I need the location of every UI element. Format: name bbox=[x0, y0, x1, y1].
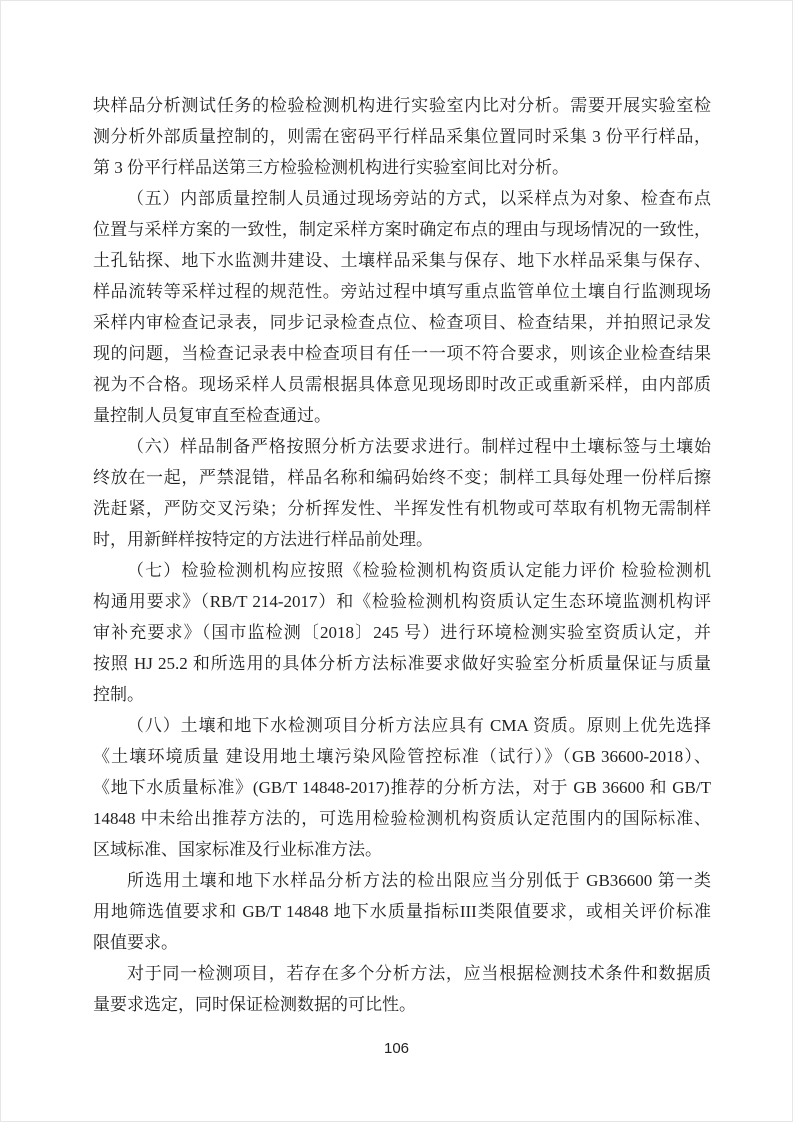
text-line: 所选用土壤和地下水样品分析方法的检出限应当分别低于 GB36600 第一类 bbox=[93, 865, 711, 896]
text-line: （五）内部质量控制人员通过现场旁站的方式，以采样点为对象、检查布点 bbox=[93, 183, 711, 214]
page-number: 106 bbox=[0, 1040, 793, 1057]
text-line: 现的问题，当检查记录表中检查项目有任一一项不符合要求，则该企业检查结果 bbox=[93, 338, 711, 369]
text-line: 对于同一检测项目，若存在多个分析方法，应当根据检测技术条件和数据质 bbox=[93, 958, 711, 989]
text-line: 用地筛选值要求和 GB/T 14848 地下水质量指标III类限值要求，或相关评… bbox=[93, 896, 711, 927]
text-line: 审补充要求》（国市监检测〔2018〕245 号）进行环境检测实验室资质认定，并 bbox=[93, 617, 711, 648]
text-line: 洗赶紧，严防交叉污染；分析挥发性、半挥发性有机物或可萃取有机物无需制样 bbox=[93, 493, 711, 524]
text-line: 控制。 bbox=[93, 679, 711, 710]
text-line: 块样品分析测试任务的检验检测机构进行实验室内比对分析。需要开展实验室检 bbox=[93, 90, 711, 121]
text-line: 14848 中未给出推荐方法的，可选用检验检测机构资质认定范围内的国际标准、 bbox=[93, 803, 711, 834]
text-line: 测分析外部质量控制的，则需在密码平行样品采集位置同时采集 3 份平行样品， bbox=[93, 121, 711, 152]
text-line: 量要求选定，同时保证检测数据的可比性。 bbox=[93, 989, 711, 1020]
text-line: 按照 HJ 25.2 和所选用的具体分析方法标准要求做好实验室分析质量保证与质量 bbox=[93, 648, 711, 679]
text-line: 构通用要求》（RB/T 214-2017）和《检验检测机构资质认定生态环境监测机… bbox=[93, 586, 711, 617]
text-line: 样品流转等采样过程的规范性。旁站过程中填写重点监管单位土壤自行监测现场 bbox=[93, 276, 711, 307]
text-line: 终放在一起，严禁混错，样品名称和编码始终不变；制样工具每处理一份样后擦 bbox=[93, 462, 711, 493]
text-line: （七）检验检测机构应按照《检验检测机构资质认定能力评价 检验检测机 bbox=[93, 555, 711, 586]
text-line: 限值要求。 bbox=[93, 927, 711, 958]
document-body: 块样品分析测试任务的检验检测机构进行实验室内比对分析。需要开展实验室检 测分析外… bbox=[93, 90, 711, 1020]
text-line: 《地下水质量标准》(GB/T 14848-2017)推荐的分析方法，对于 GB … bbox=[93, 772, 711, 803]
text-line: 时，用新鲜样按特定的方法进行样品前处理。 bbox=[93, 524, 711, 555]
text-line: 采样内审检查记录表，同步记录检查点位、检查项目、检查结果，并拍照记录发 bbox=[93, 307, 711, 338]
text-line: （六）样品制备严格按照分析方法要求进行。制样过程中土壤标签与土壤始 bbox=[93, 431, 711, 462]
text-line: 第 3 份平行样品送第三方检验检测机构进行实验室间比对分析。 bbox=[93, 152, 711, 183]
text-line: （八）土壤和地下水检测项目分析方法应具有 CMA 资质。原则上优先选择 bbox=[93, 710, 711, 741]
document-page: 块样品分析测试任务的检验检测机构进行实验室内比对分析。需要开展实验室检 测分析外… bbox=[0, 0, 793, 1122]
text-line: 土孔钻探、地下水监测井建设、土壤样品采集与保存、地下水样品采集与保存、 bbox=[93, 245, 711, 276]
text-line: 量控制人员复审直至检查通过。 bbox=[93, 400, 711, 431]
text-line: 位置与采样方案的一致性，制定采样方案时确定布点的理由与现场情况的一致性， bbox=[93, 214, 711, 245]
text-line: 视为不合格。现场采样人员需根据具体意见现场即时改正或重新采样，由内部质 bbox=[93, 369, 711, 400]
text-line: 《土壤环境质量 建设用地土壤污染风险管控标准（试行）》（GB 36600-201… bbox=[93, 741, 711, 772]
text-line: 区域标准、国家标准及行业标准方法。 bbox=[93, 834, 711, 865]
